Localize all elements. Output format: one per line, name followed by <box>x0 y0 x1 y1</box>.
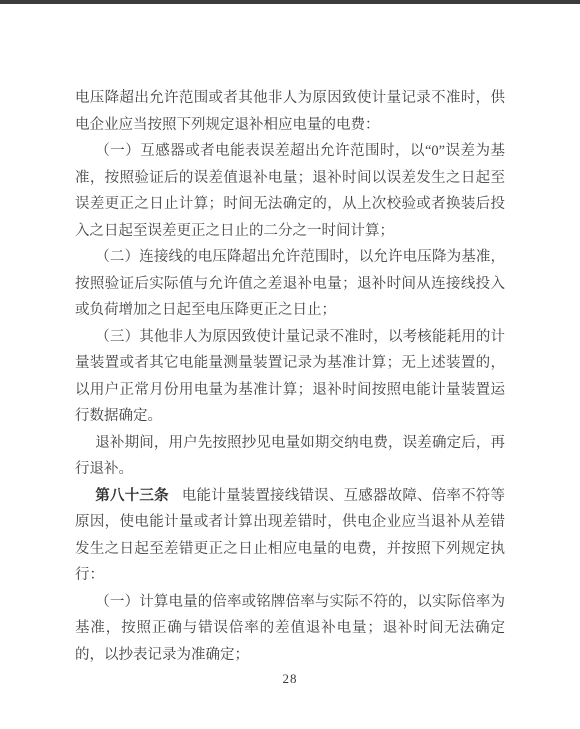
clause-item-3: （三）其他非人为原因致使计量记录不准时，以考核能耗用的计量装置或者其它电能量测量… <box>75 324 505 430</box>
paragraph-text: （一）计算电量的倍率或铭牌倍率与实际不符的，以实际倍率为基准，按照正确与错误倍率… <box>75 594 505 663</box>
paragraph-text: 退补期间，用户先按照抄见电量如期交纳电费，误差确定后，再行退补。 <box>75 435 505 478</box>
paragraph-text: （一）互感器或者电能表误差超出允许范围时，以“0”误差为基准，按照验证后的误差值… <box>75 143 505 239</box>
refund-period-note: 退补期间，用户先按照抄见电量如期交纳电费，误差确定后，再行退补。 <box>75 430 505 483</box>
clause-item-1: （一）互感器或者电能表误差超出允许范围时，以“0”误差为基准，按照验证后的误差值… <box>75 138 505 244</box>
page-number: 28 <box>0 671 580 687</box>
article-number-label: 第八十三条 <box>95 488 169 504</box>
paragraph-continuation: 电压降超出允许范围或者其他非人为原因致使计量记录不准时，供电企业应当按照下列规定… <box>75 85 505 138</box>
paragraph-text: 电压降超出允许范围或者其他非人为原因致使计量记录不准时，供电企业应当按照下列规定… <box>75 90 505 133</box>
article-83-paragraph: 第八十三条电能计量装置接线错误、互感器故障、倍率不符等原因，使电能计量或者计算出… <box>75 483 505 589</box>
paragraph-text: （三）其他非人为原因致使计量记录不准时，以考核能耗用的计量装置或者其它电能量测量… <box>75 329 505 425</box>
article-83-clause-1: （一）计算电量的倍率或铭牌倍率与实际不符的，以实际倍率为基准，按照正确与错误倍率… <box>75 589 505 669</box>
paragraph-text: （二）连接线的电压降超出允许范围时，以允许电压降为基准，按照验证后实际值与允许值… <box>75 249 505 318</box>
top-edge-bar <box>0 0 580 4</box>
document-page: 电压降超出允许范围或者其他非人为原因致使计量记录不准时，供电企业应当按照下列规定… <box>0 0 580 729</box>
clause-item-2: （二）连接线的电压降超出允许范围时，以允许电压降为基准，按照验证后实际值与允许值… <box>75 244 505 324</box>
page-content: 电压降超出允许范围或者其他非人为原因致使计量记录不准时，供电企业应当按照下列规定… <box>75 85 505 668</box>
